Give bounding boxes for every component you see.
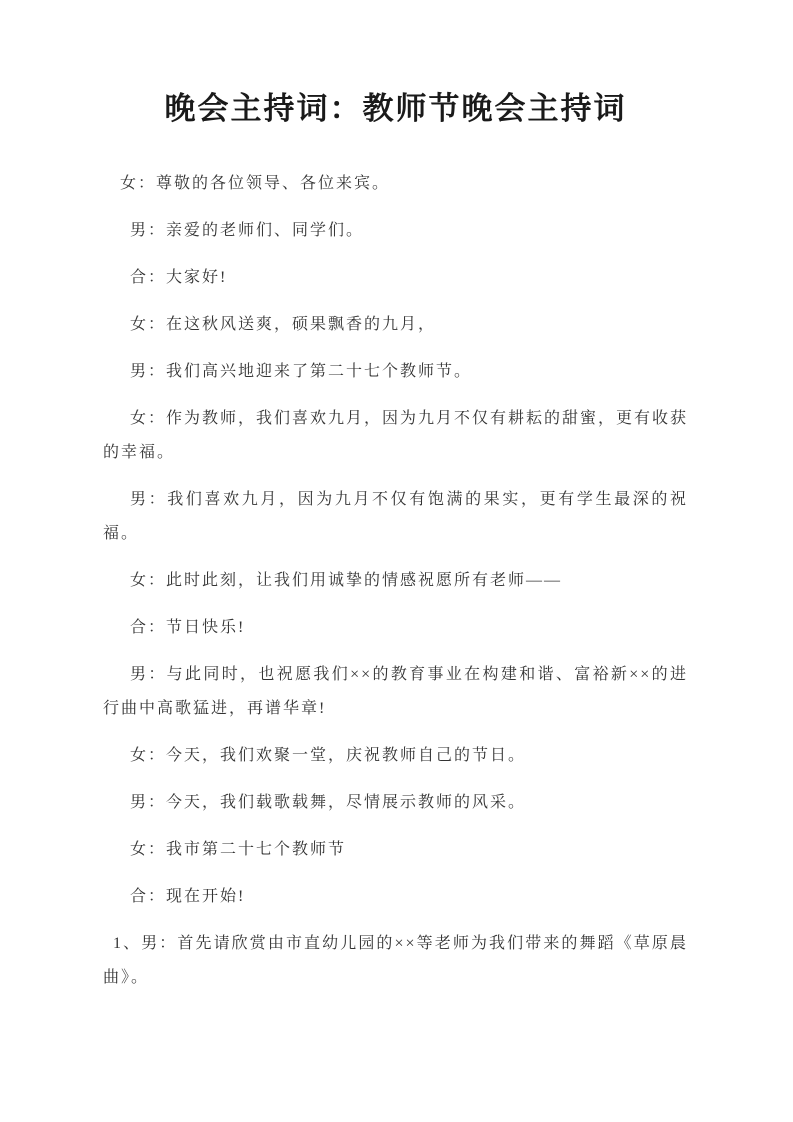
dialogue-paragraph-1: 女：尊敬的各位领导、各位来宾。 xyxy=(103,167,688,201)
dialogue-paragraph-6: 女：作为教师，我们喜欢九月，因为九月不仅有耕耘的甜蜜，更有收获的幸福。 xyxy=(103,402,688,470)
dialogue-paragraph-13: 女：我市第二十七个教师节 xyxy=(103,833,688,867)
document-page: 晚会主持词：教师节晚会主持词 女：尊敬的各位领导、各位来宾。 男：亲爱的老师们、… xyxy=(0,0,793,1122)
dialogue-paragraph-4: 女：在这秋风送爽，硕果飘香的九月， xyxy=(103,308,688,342)
dialogue-paragraph-5: 男：我们高兴地迎来了第二十七个教师节。 xyxy=(103,355,688,389)
dialogue-paragraph-2: 男：亲爱的老师们、同学们。 xyxy=(103,214,688,248)
document-title: 晚会主持词：教师节晚会主持词 xyxy=(103,88,688,130)
dialogue-paragraph-9: 合：节日快乐! xyxy=(103,611,688,645)
dialogue-paragraph-3: 合：大家好! xyxy=(103,261,688,295)
dialogue-paragraph-12: 男：今天，我们载歌载舞，尽情展示教师的风采。 xyxy=(103,786,688,820)
dialogue-paragraph-10: 男：与此同时，也祝愿我们××的教育事业在构建和谐、富裕新××的进行曲中高歌猛进，… xyxy=(103,658,688,726)
dialogue-paragraph-7: 男：我们喜欢九月，因为九月不仅有饱满的果实，更有学生最深的祝福。 xyxy=(103,483,688,551)
dialogue-paragraph-14: 合：现在开始! xyxy=(103,880,688,914)
dialogue-paragraph-15: 1、男：首先请欣赏由市直幼儿园的××等老师为我们带来的舞蹈《草原晨曲》。 xyxy=(103,927,688,995)
dialogue-paragraph-8: 女：此时此刻，让我们用诚挚的情感祝愿所有老师—— xyxy=(103,564,688,598)
dialogue-paragraph-11: 女：今天，我们欢聚一堂，庆祝教师自己的节日。 xyxy=(103,739,688,773)
